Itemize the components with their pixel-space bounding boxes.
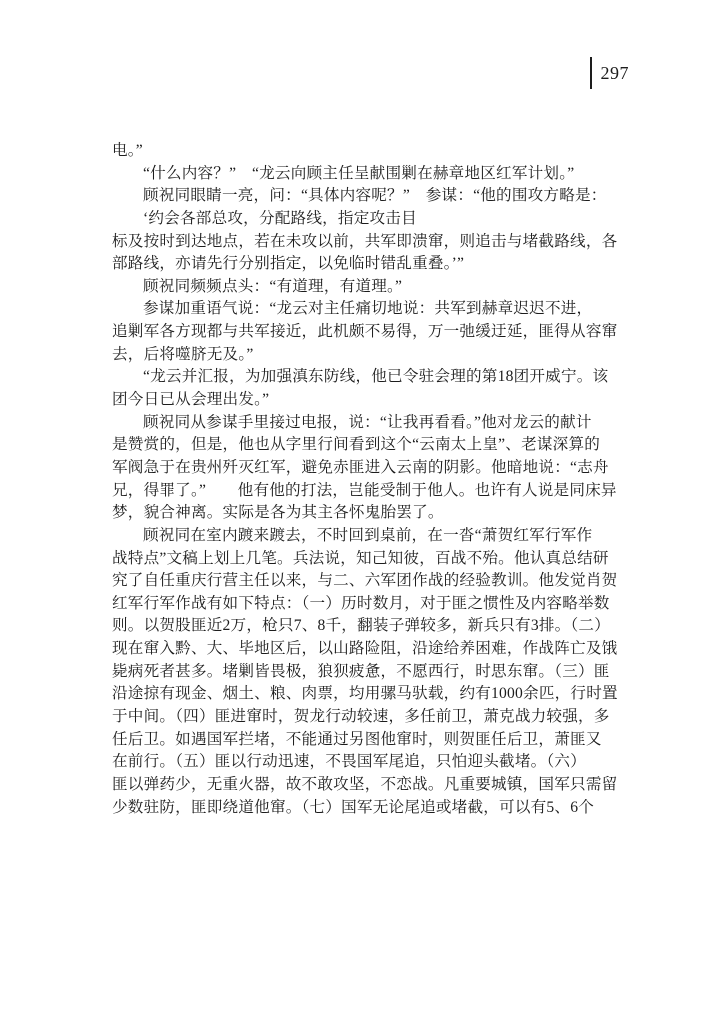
text-line: 顾祝同眼睛一亮，问：“具体内容呢？” 参谋：“他的围攻方略是： xyxy=(112,185,612,208)
text-line: 红军行军作战有如下特点：（一）历时数月，对于匪之惯性及内容略举数 xyxy=(112,593,612,616)
text-line: 少数驻防，匪即绕道他窜。（七）国军无论尾追或堵截，可以有5、6个 xyxy=(112,797,612,820)
text-line: “龙云并汇报，为加强滇东防线，他已令驻会理的第18团开威宁。该 xyxy=(112,366,612,389)
text-line: 在前行。（五）匪以行动迅速，不畏国军尾追，只怕迎头截堵。（六） xyxy=(112,751,612,774)
text-line: 部路线，亦请先行分别指定，以免临时错乱重叠。’” xyxy=(112,253,612,276)
text-line: 现在窜入黔、大、毕地区后，以山路险阻，沿途给养困难，作战阵亡及饿 xyxy=(112,638,612,661)
page-number-block: 297 xyxy=(590,57,630,89)
text-line: 团今日已从会理出发。” xyxy=(112,389,612,412)
text-line: 顾祝同在室内踱来踱去，不时回到桌前，在一沓“萧贺红军行军作 xyxy=(112,525,612,548)
text-line: 去，后将噬脐无及。” xyxy=(112,344,612,367)
book-page: 297 电。”“什么内容？” “龙云向顾主任呈献围剿在赫章地区红军计划。”顾祝同… xyxy=(0,0,715,1010)
text-line: 沿途掠有现金、烟土、粮、肉票，均用骡马驮载，约有1000余匹，行时置 xyxy=(112,683,612,706)
text-line: 追剿军各方现都与共军接近，此机颇不易得，万一弛缓迂延，匪得从容窜 xyxy=(112,321,612,344)
text-line: 毙病死者甚多。堵剿皆畏极，狼狈疲惫，不愿西行，时思东窜。（三）匪 xyxy=(112,661,612,684)
text-line: 任后卫。如遇国军拦堵，不能通过另图他窜时，则贺匪任后卫，萧匪又 xyxy=(112,729,612,752)
folio-divider-bar xyxy=(590,57,592,89)
text-line: 则。以贺股匪近2万，枪只7、8千，翻装子弹较多，新兵只有3排。（二） xyxy=(112,615,612,638)
text-line: 匪以弹药少，无重火器，故不敢攻坚，不恋战。凡重要城镇，国军只需留 xyxy=(112,774,612,797)
page-number: 297 xyxy=(601,63,630,84)
text-line: 梦，貌合神离。实际是各为其主各怀鬼胎罢了。 xyxy=(112,502,612,525)
text-line: ‘约会各部总攻，分配路线，指定攻击目 xyxy=(112,208,612,231)
text-line: 参谋加重语气说：“龙云对主任痛切地说：共军到赫章迟迟不进， xyxy=(112,298,612,321)
text-line: 战特点”文稿上划上几笔。兵法说，知己知彼，百战不殆。他认真总结研 xyxy=(112,548,612,571)
text-line: 于中间。（四）匪进窜时，贺龙行动较速，多任前卫，萧克战力较强，多 xyxy=(112,706,612,729)
text-line: 顾祝同频频点头：“有道理，有道理。” xyxy=(112,276,612,299)
text-line: 电。” xyxy=(112,140,612,163)
text-line: 顾祝同从参谋手里接过电报，说：“让我再看看。”他对龙云的献计 xyxy=(112,412,612,435)
text-line: 兄，得罪了。” 他有他的打法，岂能受制于他人。也许有人说是同床异 xyxy=(112,480,612,503)
text-line: 是赞赏的，但是，他也从字里行间看到这个“云南太上皇”、老谋深算的 xyxy=(112,434,612,457)
text-line: 标及按时到达地点，若在未攻以前，共军即溃窜，则追击与堵截路线，各 xyxy=(112,231,612,254)
page-text: 电。”“什么内容？” “龙云向顾主任呈献围剿在赫章地区红军计划。”顾祝同眼睛一亮… xyxy=(112,140,612,819)
text-line: “什么内容？” “龙云向顾主任呈献围剿在赫章地区红军计划。” xyxy=(112,163,612,186)
text-line: 究了自任重庆行营主任以来，与二、六军团作战的经验教训。他发觉肖贺 xyxy=(112,570,612,593)
text-line: 军阀急于在贵州歼灭红军，避免赤匪进入云南的阴影。他暗地说：“志舟 xyxy=(112,457,612,480)
